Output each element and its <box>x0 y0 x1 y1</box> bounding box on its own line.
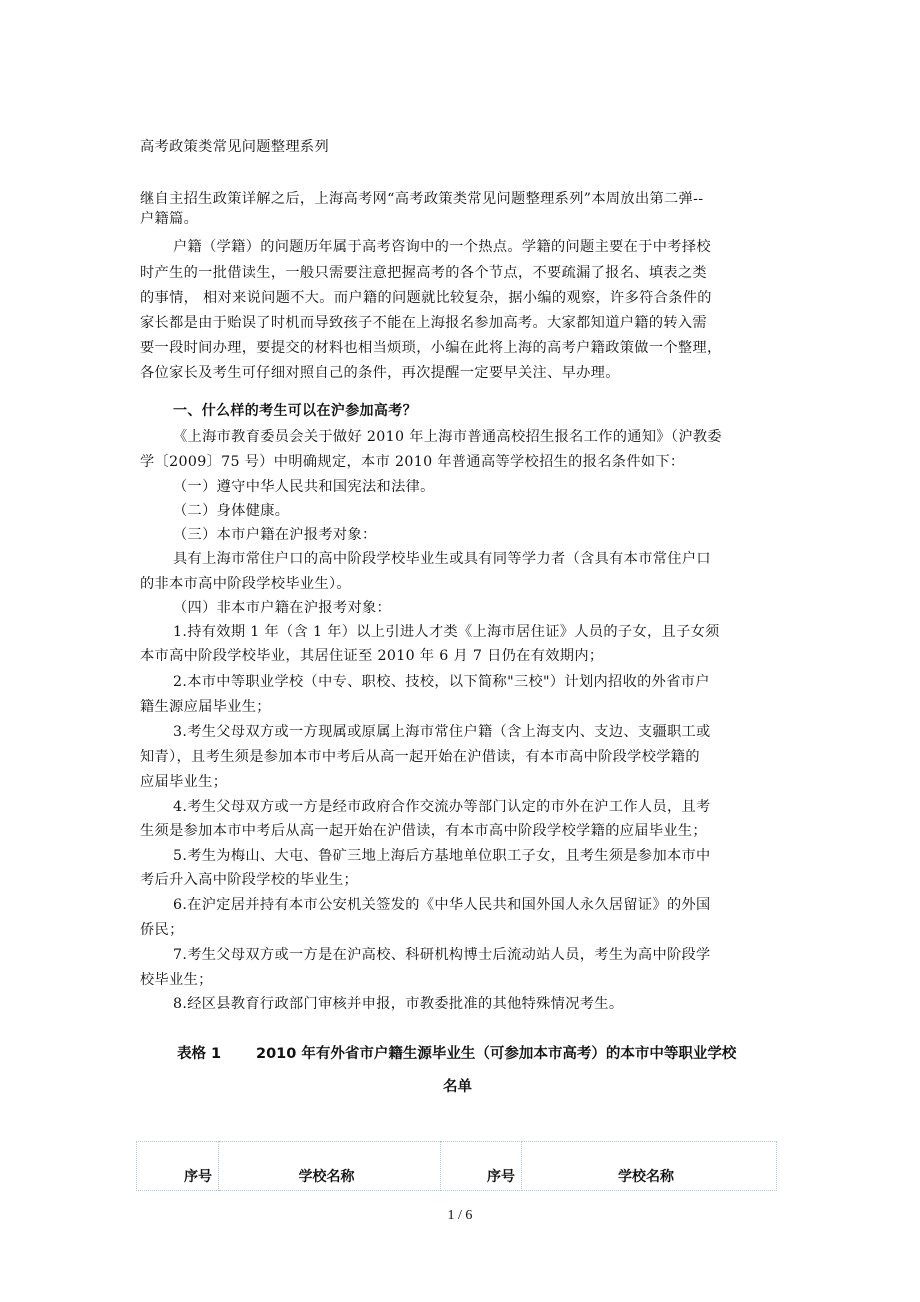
item-line: 2.本市中等职业学校（中专、职校、技校，以下简称"三校"）计划内招收的外省市户 <box>173 672 710 692</box>
table-caption-line2: 名单 <box>443 1075 472 1096</box>
paragraph-line: 时产生的一批借读生，一般只需要注意把握高考的各个节点，不要疏漏了报名、填表之类 <box>140 263 707 283</box>
paragraph-line: 的事情， 相对来说问题不大。而户籍的问题就比较复杂，据小编的观察，许多符合条件的 <box>140 288 712 308</box>
item-line: 3.考生父母双方或一方现属或原属上海市常住户籍（含上海支内、支边、支疆职工或 <box>173 722 711 742</box>
school-list-table: 序号 学校名称 序号 学校名称 <box>136 1141 777 1191</box>
header-school-name: 学校名称 <box>219 1142 441 1191</box>
condition-2: （二）身体健康。 <box>173 501 289 521</box>
notice-line: 《上海市教育委员会关于做好 2010 年上海市普通高校招生报名工作的通知》（沪教… <box>173 427 722 447</box>
condition-4: （四）非本市户籍在沪报考对象： <box>173 598 391 618</box>
paragraph-line: 要一段时间办理，要提交的材料也相当烦琐，小编在此将上海的高考户籍政策做一个整理， <box>140 338 722 358</box>
item-line: 侨民； <box>140 920 184 940</box>
condition-3-line: 的非本市高中阶段学校毕业生）。 <box>140 574 351 594</box>
condition-1: （一）遵守中华人民共和国宪法和法律。 <box>173 477 435 497</box>
paragraph-line: 户籍（学籍）的问题历年属于高考咨询中的一个热点。学籍的问题主要在于中考择校 <box>173 237 711 257</box>
item-line: 6.在沪定居并持有本市公安机关签发的《中华人民共和国外国人永久居留证》的外国 <box>173 895 711 915</box>
item-line: 知青），且考生须是参加本市中考后从高一起开始在沪借读，有本市高中阶段学校学籍的 <box>140 747 700 767</box>
item-line: 本市高中阶段学校毕业，其居住证至 2010 年 6 月 7 日仍在有效期内； <box>140 646 603 666</box>
table-header-row: 序号 学校名称 序号 学校名称 <box>137 1142 777 1191</box>
item-line: 生须是参加本市中考后从高一起开始在沪借读，有本市高中阶段学校学籍的应届毕业生； <box>140 821 707 841</box>
table-caption-label: 表格 1 <box>177 1042 221 1063</box>
paragraph-line: 各位家长及考生可仔细对照自己的条件，再次提醒一定要早关注、早办理。 <box>140 363 620 383</box>
item-line: 应届毕业生； <box>140 772 227 792</box>
header-index: 序号 <box>441 1142 522 1191</box>
condition-3-line: 具有上海市常住户口的高中阶段学校毕业生或具有同等学力者（含具有本市常住户口 <box>173 549 711 569</box>
page-indicator: 1 / 6 <box>0 1208 920 1224</box>
header-index: 序号 <box>137 1142 219 1191</box>
section-heading: 一、什么样的考生可以在沪参加高考？ <box>173 401 417 421</box>
intro-line: 户籍篇。 <box>140 209 198 229</box>
condition-3: （三）本市户籍在沪报考对象： <box>173 525 377 545</box>
table-caption-text: 2010 年有外省市户籍生源毕业生（可参加本市高考）的本市中等职业学校 <box>256 1042 736 1063</box>
item-line: 5.考生为梅山、大屯、鲁矿三地上海后方基地单位职工子女，且考生须是参加本市中 <box>173 846 711 866</box>
header-school-name: 学校名称 <box>522 1142 777 1191</box>
item-line: 7.考生父母双方或一方是在沪高校、科研机构博士后流动站人员，考生为高中阶段学 <box>173 945 711 965</box>
notice-line: 学〔2009〕75 号）中明确规定，本市 2010 年普通高等学校招生的报名条件… <box>140 452 684 472</box>
item-line: 考后升入高中阶段学校的毕业生； <box>140 870 358 890</box>
item-line: 8.经区县教育行政部门审核并申报，市教委批准的其他特殊情况考生。 <box>173 994 623 1014</box>
item-line: 籍生源应届毕业生； <box>140 697 271 717</box>
paragraph-line: 家长都是由于贻误了时机而导致孩子不能在上海报名参加高考。大家都知道户籍的转入需 <box>140 313 707 333</box>
item-line: 1.持有效期 1 年（含 1 年）以上引进人才类《上海市居住证》人员的子女，且子… <box>173 622 720 642</box>
series-title: 高考政策类常见问题整理系列 <box>140 137 329 157</box>
document-page: 高考政策类常见问题整理系列 继自主招生政策详解之后，上海高考网“高考政策类常见问… <box>0 0 920 1302</box>
item-line: 4.考生父母双方或一方是经市政府合作交流办等部门认定的市外在沪工作人员，且考 <box>173 797 711 817</box>
item-line: 校毕业生； <box>140 970 213 990</box>
intro-line: 继自主招生政策详解之后，上海高考网“高考政策类常见问题整理系列”本周放出第二弹-… <box>140 189 703 209</box>
